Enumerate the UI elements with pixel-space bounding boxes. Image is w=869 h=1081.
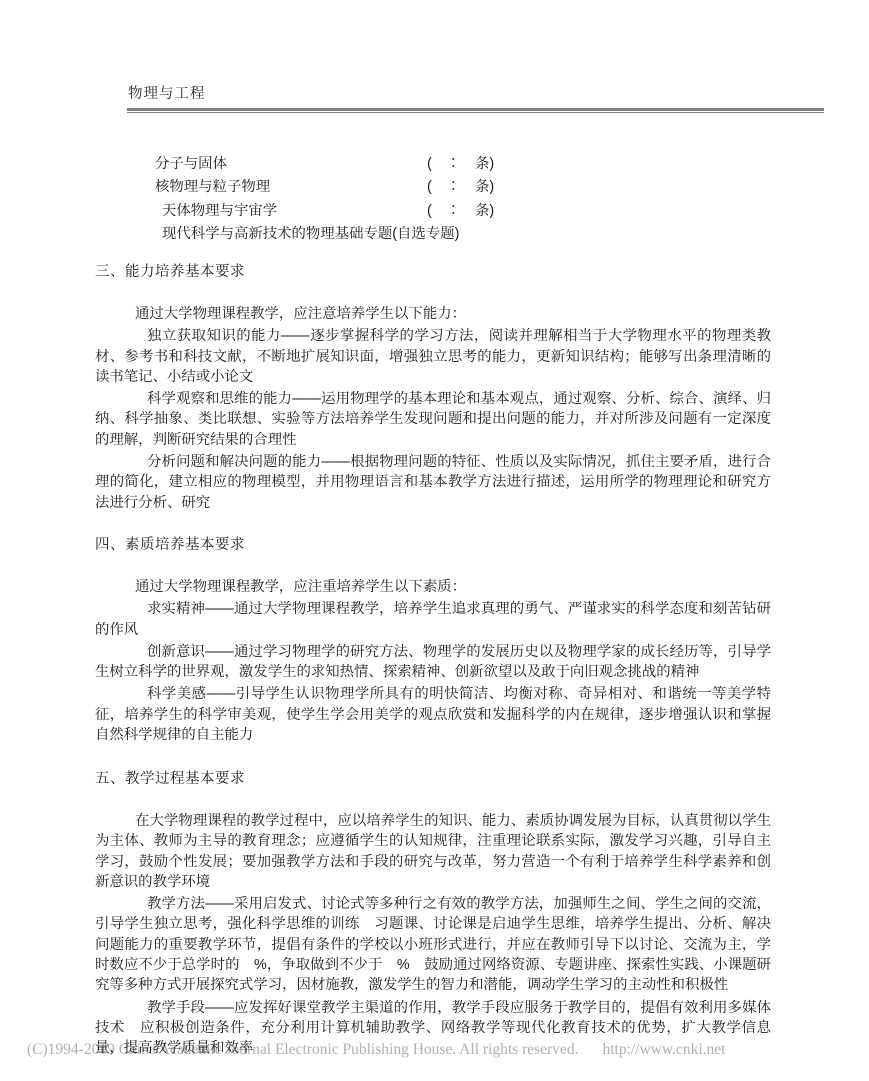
section-heading: 四、素质培养基本要求 [95,535,771,555]
course-list-item: 分子与固体 ( ∶ 条) [155,153,775,176]
paragraph: 在大学物理课程的教学过程中，应以培养学生的知识、能力、素质协调发展为目标，认真贯… [95,811,771,892]
paragraph: 教学方法——采用启发式、讨论式等多种行之有效的教学方法，加强师生之间、学生之间的… [95,894,771,995]
course-hours: ( ∶ 条) [427,176,494,199]
section-heading: 五、教学过程基本要求 [95,769,771,789]
course-hours: ( ∶ 条) [427,200,494,223]
section-ability-requirements: 三、能力培养基本要求 通过大学物理课程教学，应注意培养学生以下能力： 独立获取知… [95,262,771,513]
section-body: 在大学物理课程的教学过程中，应以培养学生的知识、能力、素质协调发展为目标，认真贯… [95,811,771,1059]
journal-title: 物理与工程 [128,86,206,102]
paragraph: 通过大学物理课程教学，应注意培养学生以下能力： [95,304,771,324]
section-body: 通过大学物理课程教学，应注重培养学生以下素质： 求实精神——通过大学物理课程教学… [95,577,771,745]
paragraph: 分析问题和解决问题的能力——根据物理问题的特征、性质以及实际情况，抓住主要矛盾，… [95,452,771,513]
paragraph: 独立获取知识的能力——逐步掌握科学的学习方法，阅读并理解相当于大学物理水平的物理… [95,326,771,387]
paragraph: 教学手段——应发挥好课堂教学主渠道的作用，教学手段应服务于教学目的，提倡有效利用… [95,998,771,1059]
paragraph: 求实精神——通过大学物理课程教学，培养学生追求真理的勇气、严谨求实的科学态度和刻… [95,599,771,640]
course-name: 分子与固体 [155,156,227,172]
paragraph: 科学美感——引导学生认识物理学所具有的明快简洁、均衡对称、奇异相对、和谐统一等美… [95,684,771,745]
course-list: 分子与固体 ( ∶ 条) 核物理与粒子物理 ( ∶ 条) 天体物理与宇宙学 ( … [155,153,775,246]
paragraph: 科学观察和思维的能力——运用物理学的基本理论和基本观点，通过观察、分析、综合、演… [95,389,771,450]
paragraph: 通过大学物理课程教学，应注重培养学生以下素质： [95,577,771,597]
course-list-item: 核物理与粒子物理 ( ∶ 条) [155,176,775,199]
course-name: 核物理与粒子物理 [155,179,270,195]
section-body: 通过大学物理课程教学，应注意培养学生以下能力： 独立获取知识的能力——逐步掌握科… [95,304,771,513]
course-hours: ( ∶ 条) [427,153,494,176]
section-heading: 三、能力培养基本要求 [95,262,771,282]
section-quality-requirements: 四、素质培养基本要求 通过大学物理课程教学，应注重培养学生以下素质： 求实精神—… [95,535,771,745]
course-list-item: 天体物理与宇宙学 ( ∶ 条) [155,200,775,223]
paragraph: 创新意识——通过学习物理学的研究方法、物理学的发展历史以及物理学家的成长经历等，… [95,642,771,683]
course-name: 天体物理与宇宙学 [155,203,277,219]
section-teaching-process-requirements: 五、教学过程基本要求 在大学物理课程的教学过程中，应以培养学生的知识、能力、素质… [95,769,771,1059]
document-page: 物理与工程 分子与固体 ( ∶ 条) 核物理与粒子物理 ( ∶ 条) 天体物理与… [0,0,869,1081]
header-rule [127,108,824,113]
course-name: 现代科学与高新技术的物理基础专题(自选专题) [155,226,459,242]
course-list-item: 现代科学与高新技术的物理基础专题(自选专题) [155,223,775,246]
